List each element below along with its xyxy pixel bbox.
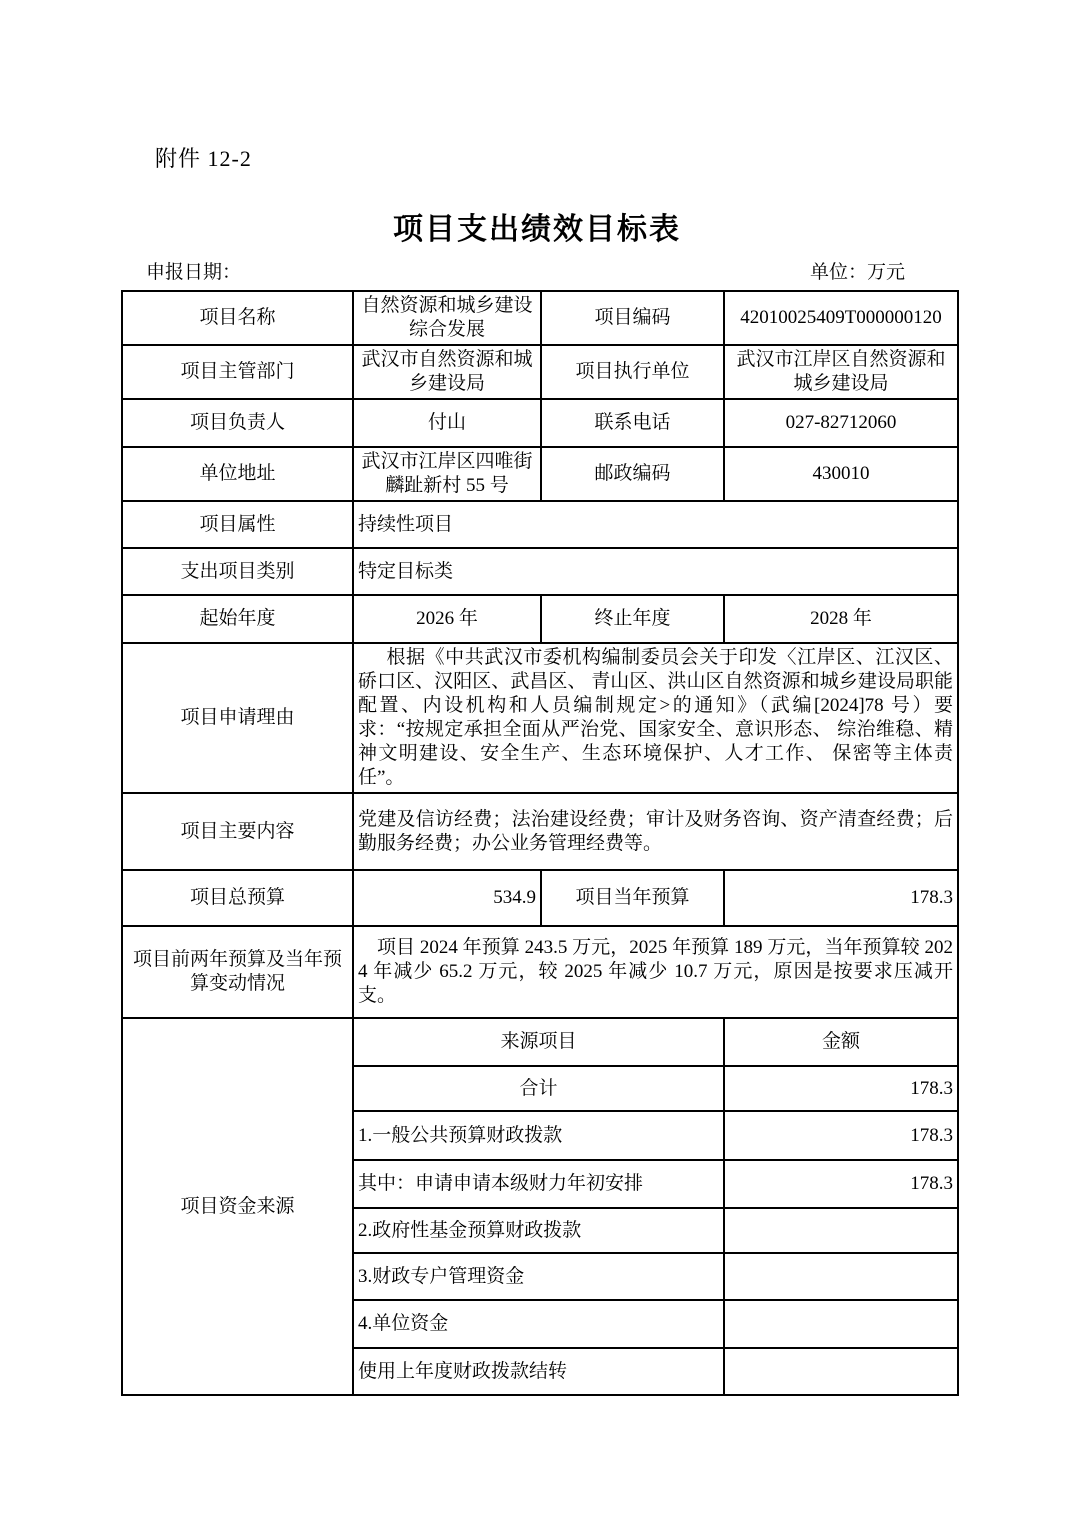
funding-amount-total: 178.3 bbox=[724, 1066, 958, 1111]
postal-code-value: 430010 bbox=[724, 447, 958, 501]
funding-item-total: 合计 bbox=[353, 1066, 724, 1111]
executing-unit-label: 项目执行单位 bbox=[541, 345, 724, 399]
page-title: 项目支出绩效目标表 bbox=[0, 204, 1074, 248]
project-attribute-value: 持续性项目 bbox=[353, 501, 958, 548]
project-code-label: 项目编码 bbox=[541, 291, 724, 345]
total-budget-value: 534.9 bbox=[353, 870, 541, 926]
unit-address-label: 单位地址 bbox=[122, 447, 353, 501]
competent-dept-value: 武汉市自然资源和城乡建设局 bbox=[353, 345, 541, 399]
application-reason-label: 项目申请理由 bbox=[122, 643, 353, 793]
funding-item-special-account: 3.财政专户管理资金 bbox=[353, 1253, 724, 1300]
funding-item-carryover: 使用上年度财政拨款结转 bbox=[353, 1348, 724, 1395]
table-row: 项目主管部门 武汉市自然资源和城乡建设局 项目执行单位 武汉市江岸区自然资源和城… bbox=[122, 345, 958, 399]
funding-amount-gov-fund bbox=[724, 1208, 958, 1253]
current-year-budget-label: 项目当年预算 bbox=[541, 870, 724, 926]
unit-label: 单位：万元 bbox=[810, 257, 905, 284]
contact-phone-label: 联系电话 bbox=[541, 399, 724, 447]
main-content-label: 项目主要内容 bbox=[122, 793, 353, 870]
start-year-label: 起始年度 bbox=[122, 595, 353, 643]
previous-budgets-label: 项目前两年预算及当年预算变动情况 bbox=[122, 926, 353, 1018]
expenditure-category-value: 特定目标类 bbox=[353, 548, 958, 595]
funding-amount-initial-arrangement: 178.3 bbox=[724, 1160, 958, 1208]
attachment-number: 附件 12-2 bbox=[155, 142, 252, 173]
table-row: 单位地址 武汉市江岸区四唯街麟趾新村 55 号 邮政编码 430010 bbox=[122, 447, 958, 501]
document-page: 附件 12-2 项目支出绩效目标表 申报日期： 单位：万元 项目名称 自然资源和… bbox=[0, 0, 1074, 1520]
funding-source-header: 来源项目 bbox=[353, 1018, 724, 1066]
end-year-label: 终止年度 bbox=[541, 595, 724, 643]
application-reason-value: 根据《中共武汉市委机构编制委员会关于印发〈江岸区、江汉区、硚口区、汉阳区、武昌区… bbox=[353, 643, 958, 793]
previous-budgets-text: 项目 2024 年预算 243.5 万元，2025 年预算 189 万元，当年预… bbox=[358, 936, 953, 1008]
postal-code-label: 邮政编码 bbox=[541, 447, 724, 501]
funding-item-gov-fund: 2.政府性基金预算财政拨款 bbox=[353, 1208, 724, 1253]
contact-phone-value: 027-82712060 bbox=[724, 399, 958, 447]
table-row: 项目主要内容 党建及信访经费；法治建设经费；审计及财务咨询、资产清查经费；后勤服… bbox=[122, 793, 958, 870]
table-row: 项目名称 自然资源和城乡建设综合发展 项目编码 42010025409T0000… bbox=[122, 291, 958, 345]
project-attribute-label: 项目属性 bbox=[122, 501, 353, 548]
funding-item-general-budget: 1.一般公共预算财政拨款 bbox=[353, 1111, 724, 1160]
funding-item-unit-funds: 4.单位资金 bbox=[353, 1300, 724, 1348]
unit-address-value: 武汉市江岸区四唯街麟趾新村 55 号 bbox=[353, 447, 541, 501]
project-name-value: 自然资源和城乡建设综合发展 bbox=[353, 291, 541, 345]
funding-amount-header: 金额 bbox=[724, 1018, 958, 1066]
funding-amount-carryover bbox=[724, 1348, 958, 1395]
project-name-label: 项目名称 bbox=[122, 291, 353, 345]
funding-amount-special-account bbox=[724, 1253, 958, 1300]
project-leader-value: 付山 bbox=[353, 399, 541, 447]
executing-unit-value: 武汉市江岸区自然资源和城乡建设局 bbox=[724, 345, 958, 399]
end-year-value: 2028 年 bbox=[724, 595, 958, 643]
project-leader-label: 项目负责人 bbox=[122, 399, 353, 447]
table-row: 支出项目类别 特定目标类 bbox=[122, 548, 958, 595]
previous-budgets-value: 项目 2024 年预算 243.5 万元，2025 年预算 189 万元，当年预… bbox=[353, 926, 958, 1018]
main-content-value: 党建及信访经费；法治建设经费；审计及财务咨询、资产清查经费；后勤服务经费；办公业… bbox=[353, 793, 958, 870]
start-year-value: 2026 年 bbox=[353, 595, 541, 643]
total-budget-label: 项目总预算 bbox=[122, 870, 353, 926]
funding-amount-general-budget: 178.3 bbox=[724, 1111, 958, 1160]
project-code-value: 42010025409T000000120 bbox=[724, 291, 958, 345]
funding-item-initial-arrangement: 其中：申请申请本级财力年初安排 bbox=[353, 1160, 724, 1208]
declare-date-label: 申报日期： bbox=[146, 257, 241, 284]
table-row: 项目负责人 付山 联系电话 027-82712060 bbox=[122, 399, 958, 447]
table-row: 项目属性 持续性项目 bbox=[122, 501, 958, 548]
application-reason-text: 根据《中共武汉市委机构编制委员会关于印发〈江岸区、江汉区、硚口区、汉阳区、武昌区… bbox=[358, 646, 953, 790]
table-row: 项目前两年预算及当年预算变动情况 项目 2024 年预算 243.5 万元，20… bbox=[122, 926, 958, 1018]
performance-target-table: 项目名称 自然资源和城乡建设综合发展 项目编码 42010025409T0000… bbox=[121, 290, 959, 1396]
table-row: 项目申请理由 根据《中共武汉市委机构编制委员会关于印发〈江岸区、江汉区、硚口区、… bbox=[122, 643, 958, 793]
funding-amount-unit-funds bbox=[724, 1300, 958, 1348]
funding-header-row: 项目资金来源 来源项目 金额 bbox=[122, 1018, 958, 1066]
competent-dept-label: 项目主管部门 bbox=[122, 345, 353, 399]
current-year-budget-value: 178.3 bbox=[724, 870, 958, 926]
table-row: 项目总预算 534.9 项目当年预算 178.3 bbox=[122, 870, 958, 926]
expenditure-category-label: 支出项目类别 bbox=[122, 548, 353, 595]
table-row: 起始年度 2026 年 终止年度 2028 年 bbox=[122, 595, 958, 643]
funding-source-label: 项目资金来源 bbox=[122, 1018, 353, 1395]
